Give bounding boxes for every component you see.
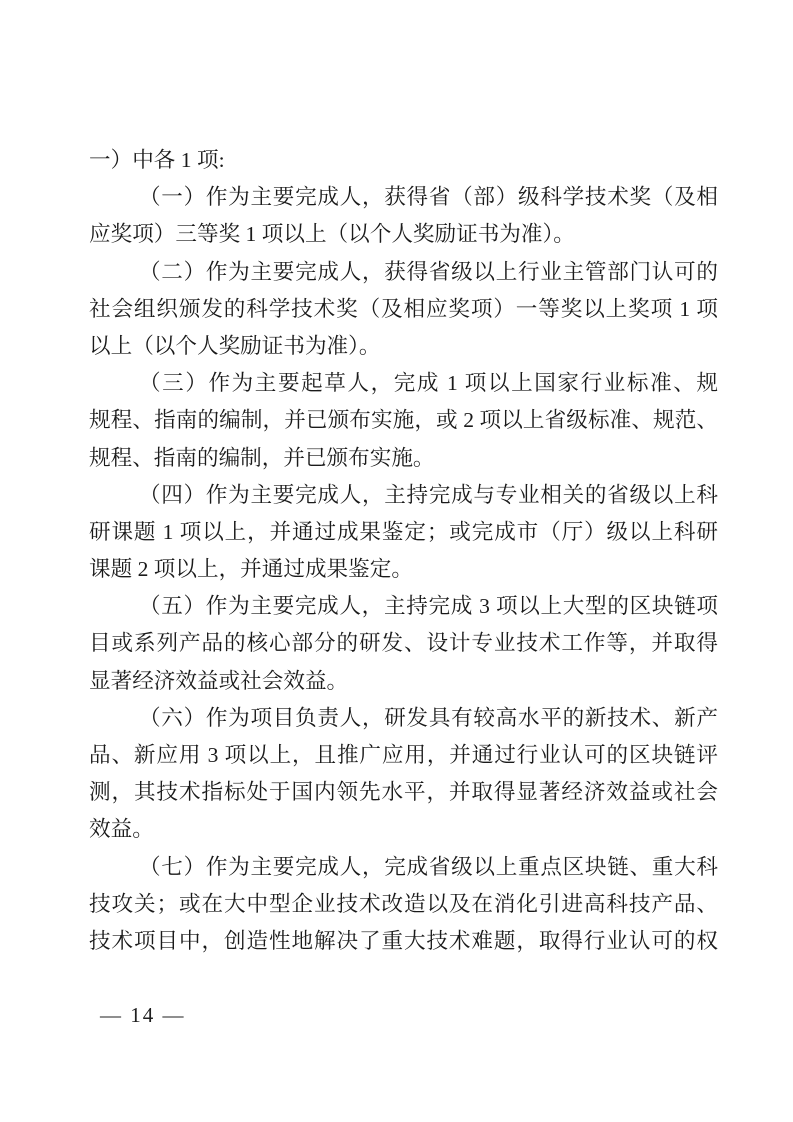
text-line: 效益。 [89,811,718,848]
text-line: （六）作为项目负责人，研发具有较高水平的新技术、新产 [89,700,718,737]
text-line: 规程、指南的编制，并已颁布实施。 [89,440,718,477]
text-line: （三）作为主要起草人，完成 1 项以上国家行业标准、规范、 [89,365,718,402]
text-line: （七）作为主要完成人，完成省级以上重点区块链、重大科 [89,849,718,886]
document-page: 一）中各 1 项: （一）作为主要完成人，获得省（部）级科学技术奖（及相 应奖项… [0,0,793,1122]
text-line: 技攻关；或在大中型企业技术改造以及在消化引进高科技产品、 [89,886,718,923]
page-footer: — 14 — [100,1002,186,1028]
text-line: 技术项目中，创造性地解决了重大技术难题，取得行业认可的权 [89,923,718,960]
text-line: 目或系列产品的核心部分的研发、设计专业技术工作等，并取得 [89,625,718,662]
text-line: 显著经济效益或社会效益。 [89,663,718,700]
text-line: （二）作为主要完成人，获得省级以上行业主管部门认可的 [89,254,718,291]
text-line: 规程、指南的编制，并已颁布实施，或 2 项以上省级标准、规范、 [89,402,718,439]
text-line: 品、新应用 3 项以上，且推广应用，并通过行业认可的区块链评 [89,737,718,774]
document-body: 一）中各 1 项: （一）作为主要完成人，获得省（部）级科学技术奖（及相 应奖项… [89,142,718,960]
text-line: 应奖项）三等奖 1 项以上（以个人奖励证书为准）。 [89,216,718,253]
text-line: 测，其技术指标处于国内领先水平，并取得显著经济效益或社会 [89,774,718,811]
text-line: 课题 2 项以上，并通过成果鉴定。 [89,551,718,588]
text-line: 以上（以个人奖励证书为准）。 [89,328,718,365]
text-line: （五）作为主要完成人，主持完成 3 项以上大型的区块链项 [89,588,718,625]
text-line: （四）作为主要完成人，主持完成与专业相关的省级以上科 [89,477,718,514]
page-number: — 14 — [100,1003,186,1027]
text-line: 研课题 1 项以上，并通过成果鉴定；或完成市（厅）级以上科研 [89,514,718,551]
text-line: 一）中各 1 项: [89,142,718,179]
text-line: （一）作为主要完成人，获得省（部）级科学技术奖（及相 [89,179,718,216]
text-line: 社会组织颁发的科学技术奖（及相应奖项）一等奖以上奖项 1 项 [89,291,718,328]
